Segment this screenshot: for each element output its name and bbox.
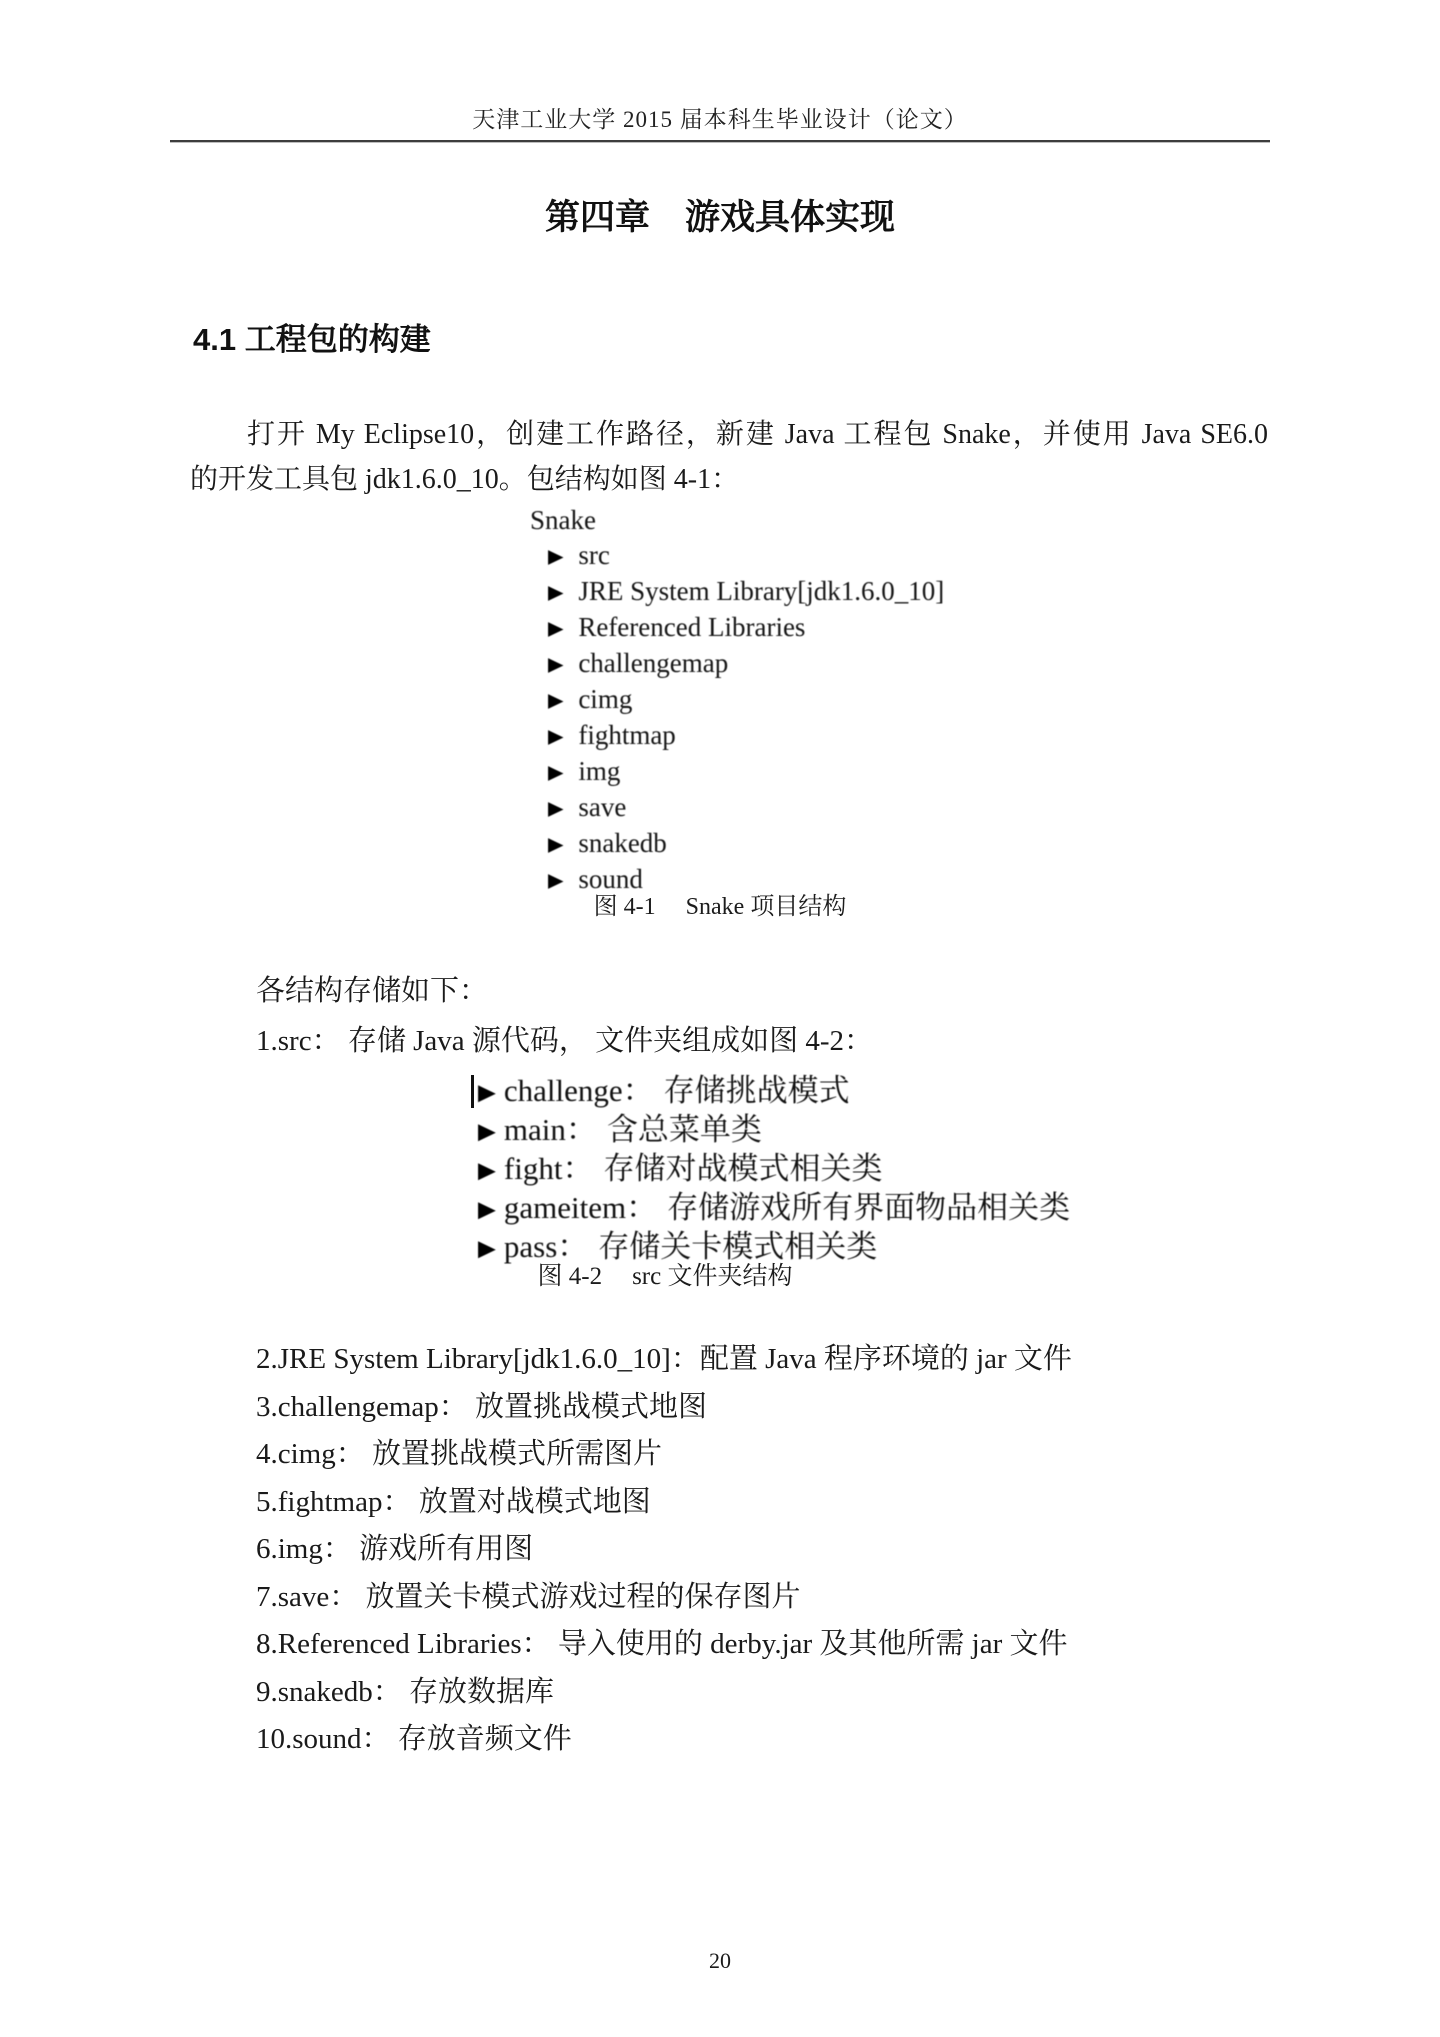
page-number: 20 <box>0 1948 1440 1974</box>
figure-4-2-src-tree: ▶challenge：存储挑战模式 ▶main：含总菜单类 ▶fight：存储对… <box>478 1072 1070 1267</box>
tree-arrow-icon: ▶ <box>478 1153 496 1188</box>
list-item: 8.Referenced Libraries： 导入使用的 derby.jar … <box>256 1621 1072 1669</box>
figure-4-1-project-tree: Snake ▶ src ▶ JRE System Library[jdk1.6.… <box>530 503 944 898</box>
tree-item: ▶ snakedb <box>548 826 944 862</box>
chapter-title: 第四章 游戏具体实现 <box>0 190 1440 240</box>
tree-item-label: Referenced Libraries <box>578 612 805 642</box>
list-item: 5.fightmap： 放置对战模式地图 <box>256 1479 1072 1527</box>
tree-item-description: 存储游戏所有界面物品相关类 <box>667 1190 1070 1225</box>
figure-4-1-caption: 图 4-1Snake 项目结构 <box>0 886 1440 921</box>
tree-arrow-icon: ▶ <box>548 756 564 789</box>
figure-caption-label: 图 4-1 <box>594 894 656 920</box>
figure-caption-text: src 文件夹结构 <box>632 1263 792 1290</box>
list-item: 4.cimg： 放置挑战模式所需图片 <box>256 1431 1072 1479</box>
paragraph-line-1: 打开 My Eclipse10，创建工作路径，新建 Java 工程包 Snake… <box>190 412 1268 457</box>
tree-item: ▶ src <box>548 538 944 574</box>
tree-arrow-icon: ▶ <box>548 612 564 645</box>
tree-item-label: snakedb <box>578 828 666 858</box>
tree-item-label: src <box>578 540 609 570</box>
tree-item-list: ▶ src ▶ JRE System Library[jdk1.6.0_10] … <box>530 538 944 898</box>
figure-4-2-caption: 图 4-2src 文件夹结构 <box>0 1256 1330 1292</box>
tree-item: ▶ cimg <box>548 682 944 718</box>
thesis-page: 天津工业大学 2015 届本科生毕业设计（论文） 第四章 游戏具体实现 4.1 … <box>0 0 1440 2037</box>
list-item: 2.JRE System Library[jdk1.6.0_10]：配置 Jav… <box>256 1336 1072 1384</box>
structure-notes-intro: 各结构存储如下： <box>256 968 488 1009</box>
tree-item-label: fightmap <box>578 720 675 750</box>
page-header: 天津工业大学 2015 届本科生毕业设计（论文） <box>0 101 1440 134</box>
tree-item: ▶gameitem：存储游戏所有界面物品相关类 <box>478 1189 1070 1228</box>
tree-item: ▶ Referenced Libraries <box>548 610 944 646</box>
list-item-1-src: 1.src： 存储 Java 源代码， 文件夹组成如图 4-2： <box>256 1018 873 1059</box>
list-item: 9.snakedb： 存放数据库 <box>256 1669 1072 1717</box>
tree-item: ▶ fightmap <box>548 718 944 754</box>
tree-item-name: challenge： <box>504 1073 654 1108</box>
tree-item-label: img <box>578 756 620 786</box>
tree-item-label: save <box>578 792 626 822</box>
figure-caption-text: Snake 项目结构 <box>686 894 847 920</box>
list-item: 10.sound： 存放音频文件 <box>256 1716 1072 1764</box>
tree-arrow-icon: ▶ <box>548 720 564 753</box>
list-item: 7.save： 放置关卡模式游戏过程的保存图片 <box>256 1574 1072 1622</box>
tree-item-label: challengemap <box>578 648 728 678</box>
structure-description-list: 2.JRE System Library[jdk1.6.0_10]：配置 Jav… <box>256 1336 1072 1764</box>
tree-item-label: JRE System Library[jdk1.6.0_10] <box>578 576 944 606</box>
tree-item-name: main： <box>504 1112 597 1147</box>
tree-arrow-icon: ▶ <box>548 648 564 681</box>
tree-arrow-icon: ▶ <box>548 540 564 573</box>
tree-arrow-icon: ▶ <box>548 828 564 861</box>
figure-caption-label: 图 4-2 <box>538 1263 603 1290</box>
src-tree-item-list: ▶challenge：存储挑战模式 ▶main：含总菜单类 ▶fight：存储对… <box>478 1072 1070 1267</box>
tree-root-label: Snake <box>530 503 944 538</box>
text-cursor-icon <box>471 1075 474 1108</box>
section-heading: 4.1 工程包的构建 <box>193 314 431 359</box>
tree-arrow-icon: ▶ <box>478 1114 496 1149</box>
tree-item: ▶ img <box>548 754 944 790</box>
tree-item: ▶ save <box>548 790 944 826</box>
tree-item-description: 含总菜单类 <box>607 1112 762 1147</box>
tree-arrow-icon: ▶ <box>478 1075 496 1110</box>
intro-paragraph: 打开 My Eclipse10，创建工作路径，新建 Java 工程包 Snake… <box>190 412 1268 502</box>
tree-arrow-icon: ▶ <box>548 792 564 825</box>
list-item: 3.challengemap： 放置挑战模式地图 <box>256 1384 1072 1432</box>
tree-item-name: gameitem： <box>504 1190 657 1225</box>
tree-arrow-icon: ▶ <box>548 684 564 717</box>
header-rule <box>170 140 1270 143</box>
tree-item-description: 存储挑战模式 <box>664 1073 850 1108</box>
tree-item: ▶ JRE System Library[jdk1.6.0_10] <box>548 574 944 610</box>
tree-item-name: fight： <box>504 1151 594 1186</box>
tree-item: ▶ challengemap <box>548 646 944 682</box>
tree-item: ▶main：含总菜单类 <box>478 1111 1070 1150</box>
tree-arrow-icon: ▶ <box>478 1192 496 1227</box>
paragraph-line-2: 的开发工具包 jdk1.6.0_10。包结构如图 4-1： <box>190 457 1268 502</box>
tree-item-label: cimg <box>578 684 632 714</box>
tree-item-description: 存储对战模式相关类 <box>603 1151 882 1186</box>
tree-item: ▶challenge：存储挑战模式 <box>478 1072 1070 1111</box>
tree-arrow-icon: ▶ <box>548 576 564 609</box>
list-item: 6.img： 游戏所有用图 <box>256 1526 1072 1574</box>
tree-item: ▶fight：存储对战模式相关类 <box>478 1150 1070 1189</box>
